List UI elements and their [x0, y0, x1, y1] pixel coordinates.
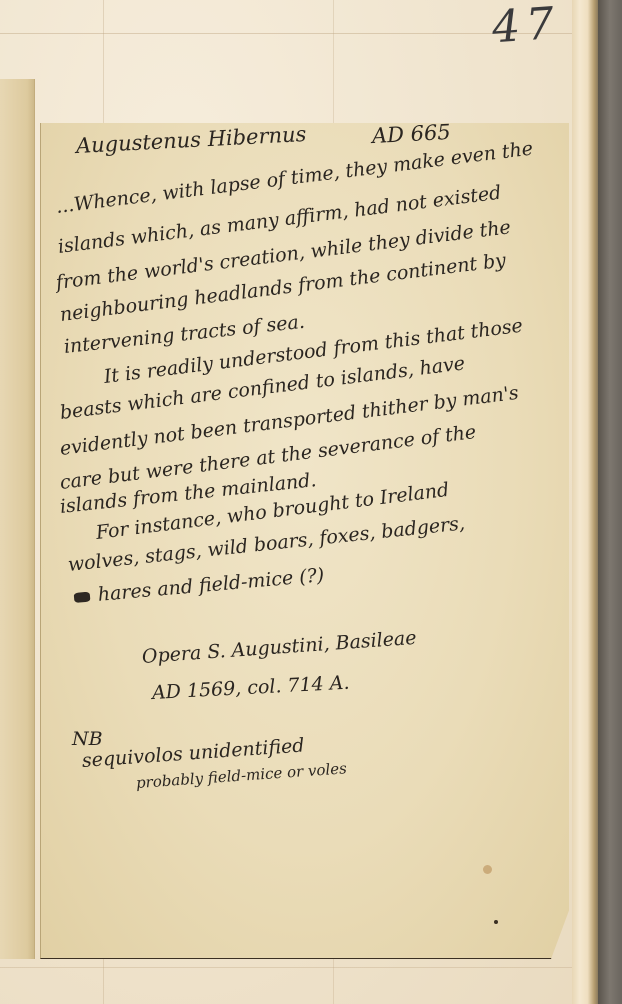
binding-shadow — [598, 0, 622, 1004]
underlying-sheet-edge — [0, 79, 35, 959]
binding-edge — [572, 0, 598, 1004]
nb-label: NB — [72, 728, 103, 750]
page-number: 47 — [490, 0, 561, 53]
note-date: AD 665 — [371, 120, 451, 148]
ink-blot-icon — [74, 592, 91, 603]
